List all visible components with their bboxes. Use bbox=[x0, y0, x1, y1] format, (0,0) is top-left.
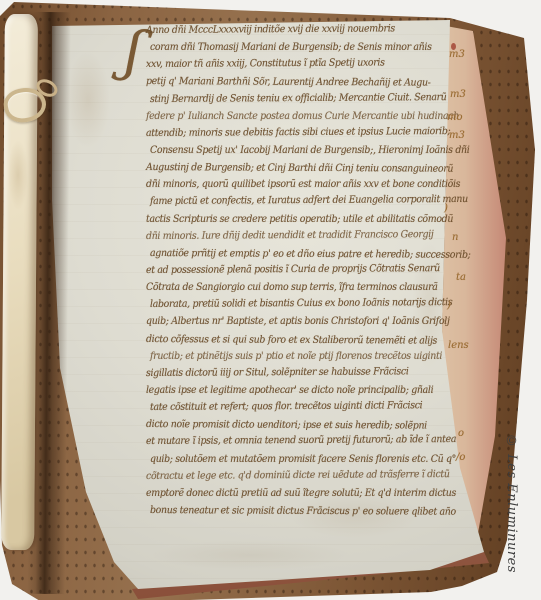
edge-mark: ) bbox=[447, 300, 451, 311]
manuscript-text-line: Anno dñi McccLxxxxviij inditõe xvij die … bbox=[146, 20, 449, 39]
manuscript-text-line: xxv, maior tñ añis xxiij, Constitutus ĩ … bbox=[146, 54, 449, 73]
manuscript-text-block: Anno dñi McccLxxxxviij inditõe xvij die … bbox=[146, 22, 468, 519]
manuscript-text-line: et mutare ĩ ipsis, et omnia tenend suorũ… bbox=[146, 431, 449, 450]
manuscript-text-line: tate cõstituit et refert; quos flor. tre… bbox=[150, 397, 449, 416]
manuscript-text-line: tactis Scripturis se credere petitis ope… bbox=[146, 211, 449, 228]
watermark-text: © Les Enluminures bbox=[504, 434, 519, 584]
manuscript-photo: ʃ Anno dñi McccLxxxxviij inditõe xvij di… bbox=[0, 0, 541, 600]
edge-mark: ta bbox=[456, 272, 466, 283]
manuscript-text-line: cõtractu et lege etc. q'd dominiũ dicte … bbox=[146, 466, 449, 485]
manuscript-text-line: Augustinj de Burgensib; et Cinj Barthi d… bbox=[146, 159, 449, 178]
manuscript-text-line: dñi minoris. Iure dñij dedit uendidit et… bbox=[146, 226, 449, 245]
manuscript-text-line: quib; solutõem et mutatõem promisit face… bbox=[150, 451, 449, 468]
edge-mark: mo bbox=[447, 112, 463, 123]
manuscript-text-line: fructib; et ptinẽtijs suis p' ptio et no… bbox=[150, 348, 449, 365]
manuscript-text-line: bonus teneatur et sic pmisit dictus Frãc… bbox=[150, 502, 449, 521]
edge-mark: /o bbox=[456, 452, 465, 463]
manuscript-text-line: sigillatis dictorũ iiij or Situl, solẽpn… bbox=[146, 363, 449, 382]
edge-mark: ) bbox=[444, 203, 448, 214]
manuscript-text-line: laborata, pretiũ solidi et bisantis Cuiu… bbox=[150, 294, 449, 313]
manuscript-text-line: attendib; minoris sue debitis factis sib… bbox=[146, 123, 449, 142]
edge-mark: o bbox=[458, 428, 464, 439]
edge-mark: lens bbox=[448, 340, 469, 351]
manuscript-text-line: fame pictũ et confectis, et Iuratus adfe… bbox=[150, 191, 449, 210]
manuscript-text-line: federe p' Iulianch Sancte postea domus C… bbox=[146, 108, 449, 125]
manuscript-text-line: Consensu Spetij ux' Iacobij Mariani de B… bbox=[150, 142, 449, 159]
edge-mark: n bbox=[452, 232, 458, 243]
edge-mark: m3 bbox=[449, 130, 465, 141]
manuscript-text-line: stinj Bernardij de Senis teniu ex offici… bbox=[150, 89, 449, 108]
manuscript-text-line: emptorẽ donec dictũ pretiũ ad suũ ĩtegre… bbox=[146, 485, 449, 502]
manuscript-text-line: quib; Albertus nr' Baptiste, et aptis bo… bbox=[146, 313, 449, 330]
edge-mark: m3 bbox=[450, 89, 466, 100]
edge-mark: m3 bbox=[449, 49, 465, 60]
manuscript-text-line: dicto cõfessus et si qui sub foro et ex … bbox=[146, 331, 449, 350]
manuscript-text-line: et ad possessionẽ plenã positis ĩ Curia … bbox=[146, 260, 449, 279]
